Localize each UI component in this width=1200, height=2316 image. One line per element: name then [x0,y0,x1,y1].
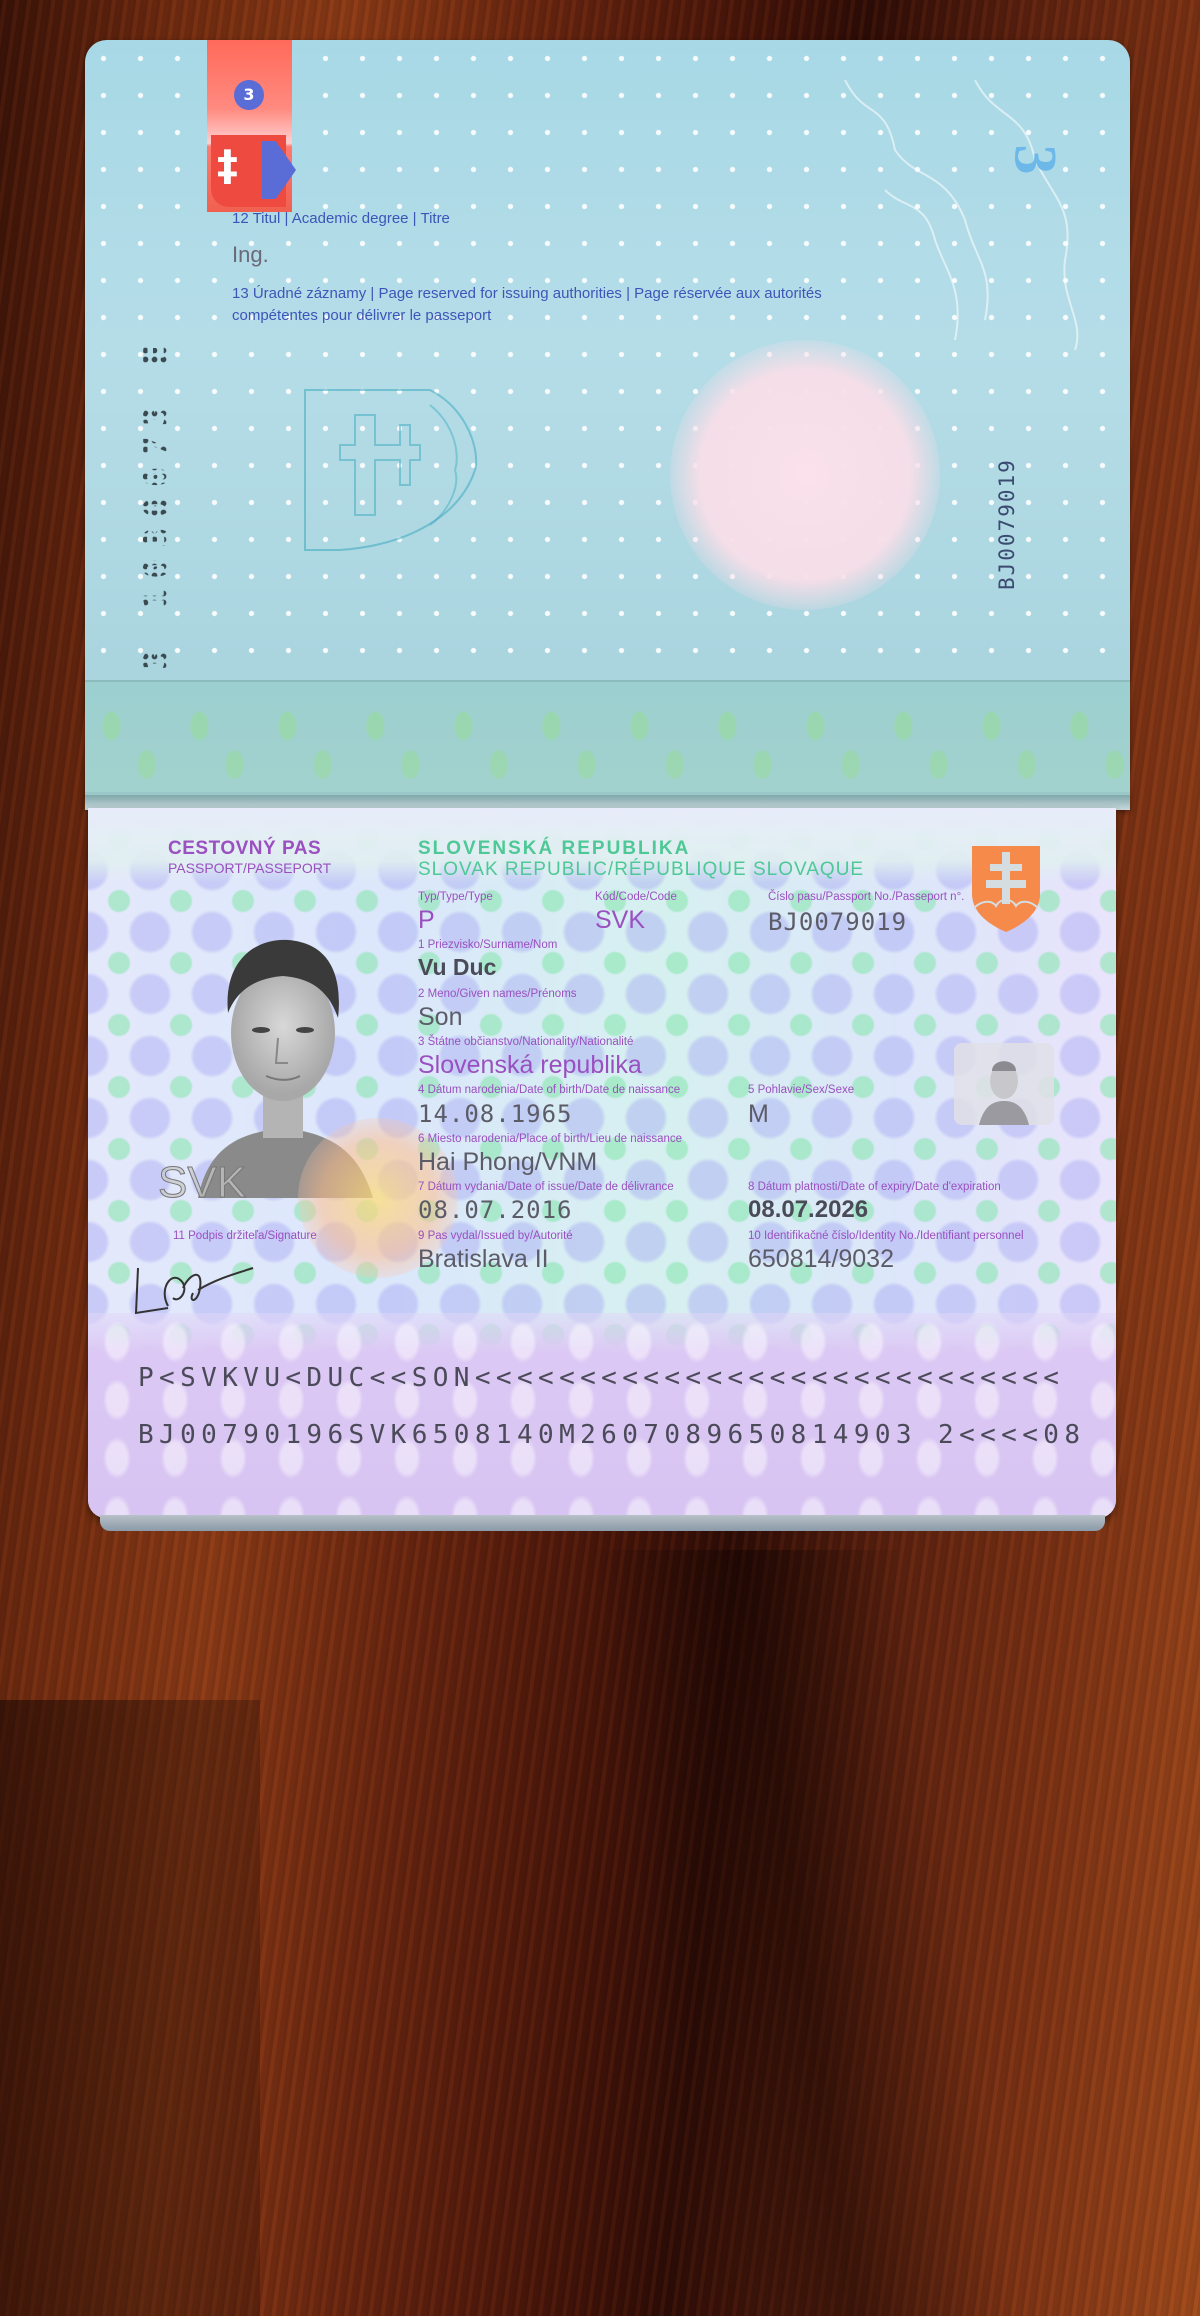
surname-value: Vu Duc [418,954,496,981]
sex-value: M [748,1100,769,1129]
pob-label: 6 Miesto narodenia/Place of birth/Lieu d… [418,1133,682,1145]
dob-value: 14.08.1965 [418,1100,573,1128]
field-13-label-cont: compétentes pour délivrer le passeport [232,307,491,324]
passport-no-value: BJ0079019 [768,908,907,936]
code-label: Kód/Code/Code [595,891,677,903]
issued-by-label: 9 Pas vydal/Issued by/Autorité [418,1230,573,1242]
wood-plank-shadow [586,1550,1014,2316]
signature-label: 11 Podpis držiteľa/Signature [173,1230,317,1242]
vertical-passport-number: BJ0079019 [995,390,1035,590]
surname-label: 1 Priezvisko/Surname/Nom [418,939,557,951]
passport-no-label: Číslo pasu/Passport No./Passeport n°. [768,891,964,903]
type-label: Typ/Type/Type [418,891,493,903]
document-subtitle: PASSPORT/PASSEPORT [168,860,331,876]
type-value: P [418,906,435,935]
page-number-badge: 3 [234,80,264,110]
wood-plank-shadow [0,1700,260,2316]
mrz-line-1: P<SVKVU<DUC<<SON<<<<<<<<<<<<<<<<<<<<<<<<… [138,1363,1064,1393]
issued-by-value: Bratislava II [418,1245,549,1274]
issue-date-label: 7 Dátum vydania/Date of issue/Date de dé… [418,1181,674,1193]
expiry-date-label: 8 Dátum platnosti/Date of expiry/Date d'… [748,1181,1001,1193]
passport-back-cover [100,1515,1105,1531]
given-names-label: 2 Meno/Given names/Prénoms [418,988,577,1000]
page-number-large: 3 [1001,145,1070,175]
dob-label: 4 Dátum narodenia/Date of birth/Date de … [418,1084,680,1096]
pink-security-patch [670,340,940,610]
leaf-pattern-band [85,680,1130,792]
field-12-label: 12 Titul | Academic degree | Titre [232,210,450,227]
passport-data-page: CESTOVNÝ PAS PASSPORT/PASSEPORT SLOVENSK… [88,808,1116,1518]
holder-signature [128,1248,258,1318]
code-value: SVK [595,906,645,935]
pob-value: Hai Phong/VNM [418,1148,597,1177]
identity-no-label: 10 Identifikačné číslo/Identity No./Iden… [748,1230,1024,1242]
field-12-value: Ing. [232,242,269,268]
nationality-value: Slovenská republika [418,1051,642,1080]
country-title: SLOVENSKÁ REPUBLIKA [418,838,690,860]
mrz-zone [88,1313,1116,1518]
ghost-image [954,1043,1054,1125]
world-map-outline [825,60,1115,360]
nationality-label: 3 Štátne občianstvo/Nationality/National… [418,1036,633,1048]
expiry-date-value: 08.07.2026 [748,1196,868,1224]
mrz-line-2: BJ00790196SVK6508140M2607089650814903 2<… [138,1420,1085,1450]
document-title: CESTOVNÝ PAS [168,838,321,860]
issue-date-value: 08.07.2016 [418,1196,573,1224]
country-subtitle: SLOVAK REPUBLIC/RÉPUBLIQUE SLOVAQUE [418,859,864,881]
slovak-shield-icon: ‡ [211,135,286,207]
given-names-value: Son [418,1003,462,1032]
passport-visa-page: 3 ‡ 3 3 1030073 E 12 Titul | Academic de… [85,40,1130,810]
identity-no-value: 650814/9032 [748,1245,894,1274]
slovak-coat-of-arms-icon [970,844,1042,934]
photo-svk-overlay: SVK [158,1158,246,1208]
perforated-serial-number: 3 1030073 E [137,200,177,670]
sex-label: 5 Pohlavie/Sex/Sexe [748,1084,854,1096]
coat-of-arms-watermark-icon [300,385,490,555]
slovak-flag-tab: 3 ‡ [207,40,292,212]
field-13-label: 13 Úradné záznamy | Page reserved for is… [232,285,822,302]
